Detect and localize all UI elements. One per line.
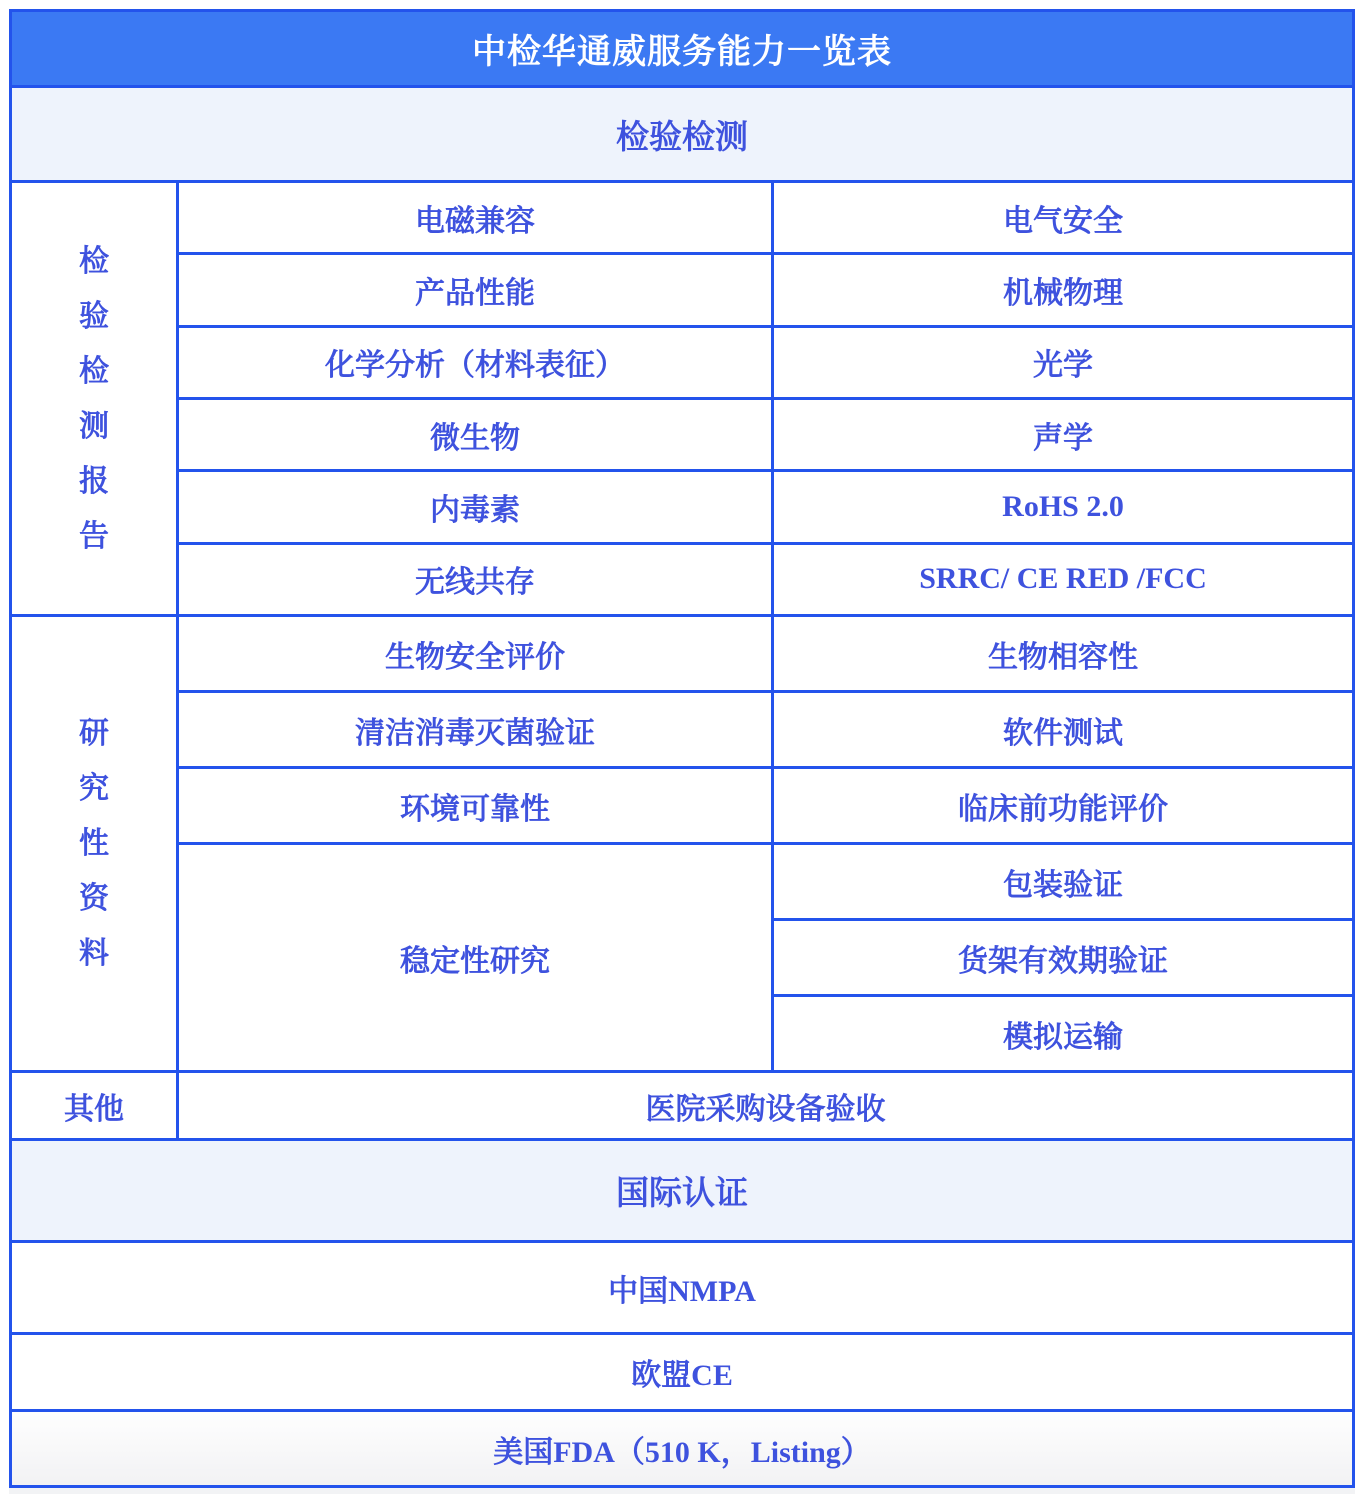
- table-cell-us-fda: 美国FDA（510 K，Listing）: [12, 1412, 1352, 1485]
- table-cell-electrical-safety: 电气安全: [774, 183, 1352, 252]
- row-label-char: 性: [79, 816, 109, 871]
- table-cell-packaging-validation: 包装验证: [774, 845, 1352, 918]
- cut-off-next-row: [9, 1488, 1355, 1494]
- inspection-reports-grid: 检 验 检 测 报 告 电磁兼容 电气安全 产品性能 机械物理 化学分析（材料表…: [12, 183, 1352, 614]
- service-capability-table: 中检华通威服务能力一览表 检验检测 检 验 检 测 报 告 电磁兼容 电气安全 …: [9, 9, 1355, 1488]
- table-cell-mechanical-physical: 机械物理: [774, 255, 1352, 324]
- table-cell-eu-ce: 欧盟CE: [12, 1335, 1352, 1409]
- table-cell-acoustics: 声学: [774, 400, 1352, 469]
- table-cell-environmental-reliability: 环境可靠性: [179, 769, 771, 842]
- table-cell-biocompatibility: 生物相容性: [774, 617, 1352, 690]
- row-label-char: 测: [79, 399, 109, 454]
- table-cell-chemical-analysis: 化学分析（材料表征）: [179, 328, 771, 397]
- table-cell-simulated-transport: 模拟运输: [774, 997, 1352, 1070]
- certification-section-banner: 国际认证: [12, 1141, 1352, 1240]
- row-label-char: 报: [79, 454, 109, 509]
- other-row-label: 其他: [12, 1073, 176, 1138]
- row-label-char: 究: [79, 761, 109, 816]
- inspection-reports-row-label: 检 验 检 测 报 告: [12, 183, 176, 614]
- table-title: 中检华通威服务能力一览表: [12, 12, 1352, 85]
- table-cell-emc: 电磁兼容: [179, 183, 771, 252]
- table-cell-software-testing: 软件测试: [774, 693, 1352, 766]
- row-label-char: 研: [79, 706, 109, 761]
- testing-section-banner: 检验检测: [12, 88, 1352, 180]
- table-cell-endotoxin: 内毒素: [179, 472, 771, 541]
- row-label-char: 告: [79, 509, 109, 564]
- table-cell-hospital-procurement-acceptance: 医院采购设备验收: [179, 1073, 1352, 1138]
- row-label-char: 资: [79, 871, 109, 926]
- other-row: 其他 医院采购设备验收: [12, 1073, 1352, 1138]
- table-cell-china-nmpa: 中国NMPA: [12, 1243, 1352, 1332]
- research-data-grid: 研 究 性 资 料 生物安全评价 生物相容性 清洁消毒灭菌验证 软件测试 环境可…: [12, 617, 1352, 1070]
- row-label-char: 验: [79, 289, 109, 344]
- row-label-char: 检: [79, 344, 109, 399]
- table-cell-preclinical-functional-evaluation: 临床前功能评价: [774, 769, 1352, 842]
- table-cell-microbiology: 微生物: [179, 400, 771, 469]
- research-data-row-label: 研 究 性 资 料: [12, 617, 176, 1070]
- table-cell-wireless-coexistence: 无线共存: [179, 545, 771, 614]
- table-cell-rohs: RoHS 2.0: [774, 472, 1352, 541]
- table-cell-stability-study: 稳定性研究: [179, 845, 771, 1070]
- table-cell-biosafety-evaluation: 生物安全评价: [179, 617, 771, 690]
- table-cell-optics: 光学: [774, 328, 1352, 397]
- table-cell-srrc-ce-red-fcc: SRRC/ CE RED /FCC: [774, 545, 1352, 614]
- row-label-char: 检: [79, 234, 109, 289]
- row-label-char: 料: [79, 926, 109, 981]
- page: 中检华通威服务能力一览表 检验检测 检 验 检 测 报 告 电磁兼容 电气安全 …: [0, 0, 1364, 1494]
- table-cell-product-performance: 产品性能: [179, 255, 771, 324]
- table-cell-cleaning-disinfection-sterilization: 清洁消毒灭菌验证: [179, 693, 771, 766]
- table-cell-shelf-life-validation: 货架有效期验证: [774, 921, 1352, 994]
